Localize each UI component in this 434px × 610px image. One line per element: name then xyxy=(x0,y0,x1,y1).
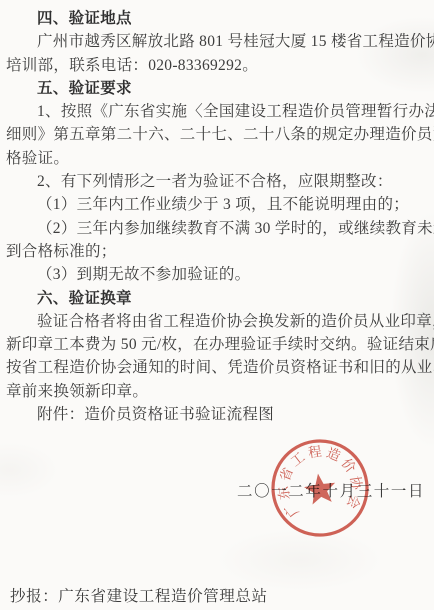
text-line: 格验证。 xyxy=(6,147,426,170)
text-line: 2、有下列情形之一者为验证不合格，应限期整改： xyxy=(6,170,426,193)
seal-arc-char: 程 xyxy=(307,444,323,461)
text-line: 四、验证地点 xyxy=(6,7,426,30)
text-line: 细则》第五章第二十六、二十七、二十八条的规定办理造价员资 xyxy=(6,123,426,146)
text-line: 章前来换领新印章。 xyxy=(6,380,426,403)
text-line: 培训部，联系电话：020-83369292。 xyxy=(6,54,426,77)
text-line: （2）三年内参加继续教育不满 30 学时的，或继续教育未达 xyxy=(6,217,426,240)
issue-date: 二〇一二年十月三十一日 xyxy=(237,479,425,501)
text-line: 附件：造价员资格证书验证流程图 xyxy=(6,403,426,426)
seal-arc-char: 广 xyxy=(281,500,301,520)
text-line: 1、按照《广东省实施〈全国建设工程造价员管理暂行办法〉 xyxy=(6,100,426,123)
text-line: 验证合格者将由省工程造价协会换发新的造价员从业印章， xyxy=(6,310,426,333)
seal-arc-char: 工 xyxy=(288,449,308,469)
text-line: 到合格标准的； xyxy=(6,240,426,263)
text-line: 六、验证换章 xyxy=(6,287,426,310)
seal-arc-char: 价 xyxy=(338,456,358,476)
text-line: （1）三年内工作业绩少于 3 项，且不能说明理由的； xyxy=(6,193,426,216)
seal-arc-char: 造 xyxy=(324,444,343,464)
cc-note: 抄报：广东省建设工程造价管理总站 xyxy=(10,584,268,606)
text-line: 新印章工本费为 50 元/枚，在办理验证手续时交纳。验证结束后 xyxy=(6,333,426,356)
scanned-notice-page: 四、验证地点广州市越秀区解放北路 801 号桂冠大厦 15 楼省工程造价协会培训… xyxy=(0,0,434,610)
text-line: 按省工程造价协会通知的时间、凭造价员资格证书和旧的从业印 xyxy=(6,356,426,379)
document-body: 四、验证地点广州市越秀区解放北路 801 号桂冠大厦 15 楼省工程造价协会培训… xyxy=(6,7,426,426)
text-line: 广州市越秀区解放北路 801 号桂冠大厦 15 楼省工程造价协会 xyxy=(6,30,426,53)
text-line: （3）到期无故不参加验证的。 xyxy=(6,263,426,286)
text-line: 五、验证要求 xyxy=(6,77,426,100)
